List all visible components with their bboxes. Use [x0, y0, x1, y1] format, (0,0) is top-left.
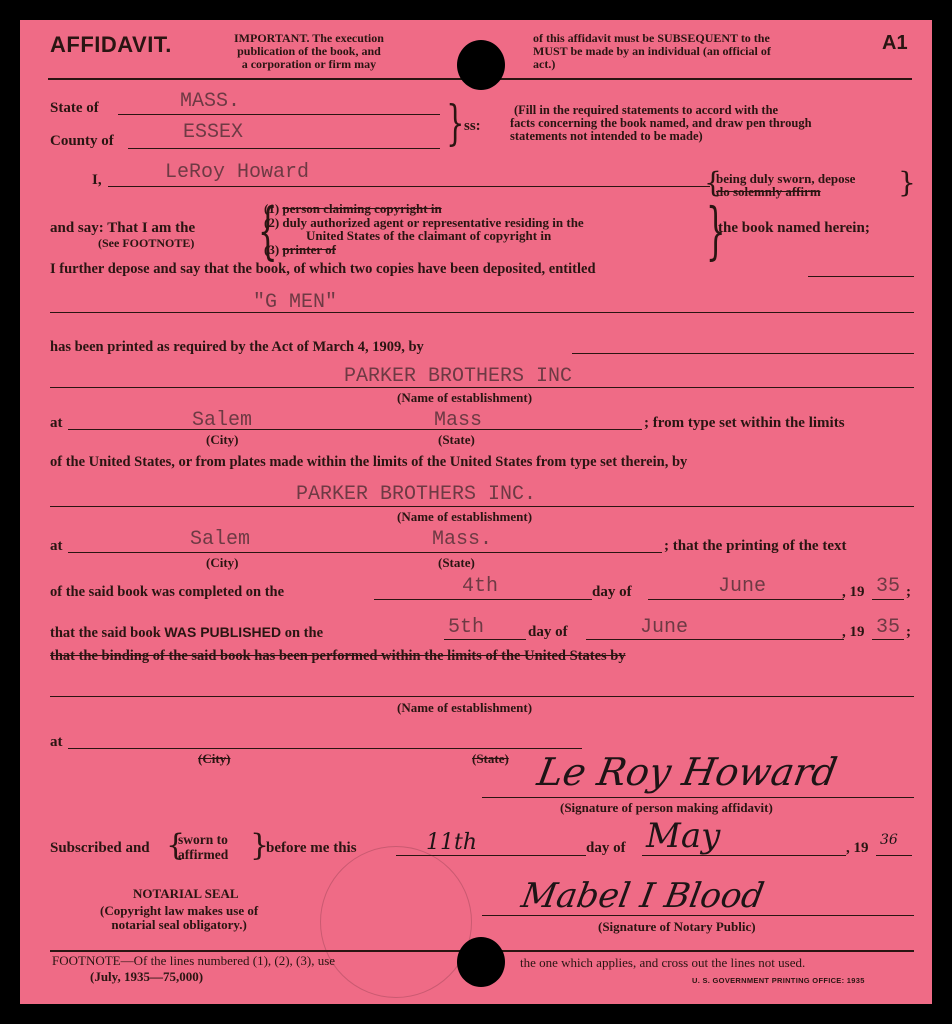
publication-year-prefix: , 19 [842, 624, 865, 641]
printer-location-line [68, 429, 642, 430]
printing-lead: has been printed as required by the Act … [50, 339, 424, 356]
form-code: A1 [882, 32, 908, 55]
notary-signature-caption: (Signature of Notary Public) [598, 919, 756, 935]
printer-establishment-caption: (Name of establishment) [397, 390, 532, 406]
printing-lead-line [572, 353, 914, 354]
capacity-options: (1) person claiming copyright in (2) dul… [264, 202, 584, 256]
printer-imprint: U. S. GOVERNMENT PRINTING OFFICE: 1935 [692, 976, 865, 985]
binding-location-line [68, 748, 582, 749]
completion-day-field[interactable]: 4th [462, 575, 498, 598]
capacity-tail: the book named herein; [718, 220, 870, 237]
affiant-signature-caption: (Signature of person making affidavit) [560, 800, 773, 816]
notary-oath-options: { sworn to affirmed } [172, 832, 228, 862]
publication-day-of: day of [528, 624, 568, 641]
punch-hole-top [457, 40, 505, 90]
completion-month-field[interactable]: June [718, 575, 766, 598]
plates-establishment-line [50, 506, 914, 507]
publication-year-field[interactable]: 35 [876, 616, 900, 639]
binding-lead: that the binding of the said book has be… [50, 648, 626, 665]
book-title-line [50, 312, 914, 313]
completion-year-prefix: , 19 [842, 584, 865, 601]
county-field[interactable]: ESSEX [183, 121, 243, 144]
plates-establishment-field[interactable]: PARKER BROTHERS INC. [296, 483, 536, 506]
publication-day-line [444, 639, 526, 640]
printing-continuation: of the United States, or from plates mad… [50, 454, 687, 471]
printer-city-caption: (City) [206, 432, 239, 448]
deponent-name-field[interactable]: LeRoy Howard [165, 161, 309, 184]
completion-day-line [374, 599, 592, 600]
form-title: AFFIDAVIT. [50, 32, 172, 58]
notarial-seal-title: NOTARIAL SEAL [133, 886, 239, 902]
notary-signature-line [482, 915, 914, 916]
deponent-line [108, 186, 710, 187]
book-lead-line [808, 276, 914, 277]
state-line [118, 114, 440, 115]
printer-state-field[interactable]: Mass [434, 409, 482, 432]
venue-brace: } [446, 98, 464, 148]
printer-state-caption: (State) [438, 432, 475, 448]
footnote-left: FOOTNOTE—Of the lines numbered (1), (2),… [52, 953, 335, 969]
notary-lead: Subscribed and [50, 840, 150, 857]
completion-day-of: day of [592, 584, 632, 601]
capacity-option-3[interactable]: (3) printer of [264, 243, 584, 257]
notary-month-field[interactable]: May [646, 816, 720, 856]
oath-options: { being duly sworn, depose do solemnly a… [710, 172, 855, 198]
binding-city-caption: (City) [198, 751, 231, 767]
notary-year-prefix: , 19 [846, 840, 869, 857]
completion-year-line [872, 599, 904, 600]
book-title-field[interactable]: "G MEN" [253, 291, 337, 314]
footnote-right: the one which applies, and cross out the… [520, 955, 805, 971]
notary-year-field[interactable]: 36 [880, 832, 898, 848]
ss-label: ss: [464, 118, 481, 135]
affiant-signature-line [482, 797, 914, 798]
book-lead: I further depose and say that the book, … [50, 261, 596, 278]
capacity-lead: and say: That I am the [50, 220, 195, 237]
plates-location-line [68, 552, 662, 553]
county-line [128, 148, 440, 149]
important-notice-left: IMPORTANT. The execution publication of … [234, 32, 384, 71]
completion-lead: of the said book was completed on the [50, 584, 284, 601]
important-notice-right: of this affidavit must be SUBSEQUENT to … [533, 32, 771, 71]
state-label: State of [50, 100, 99, 117]
capacity-option-1[interactable]: (1) person claiming copyright in [264, 202, 584, 216]
fill-instructions: (Fill in the required statements to acco… [510, 104, 812, 143]
binding-establishment-line [50, 696, 914, 697]
printer-at-label: at [50, 415, 63, 432]
plates-state-field[interactable]: Mass. [432, 528, 492, 551]
plates-state-caption: (State) [438, 555, 475, 571]
plates-at-label: at [50, 538, 63, 555]
printer-establishment-field[interactable]: PARKER BROTHERS INC [344, 365, 572, 388]
plates-tail: ; that the printing of the text [664, 538, 846, 555]
printer-tail: ; from type set within the limits [644, 415, 845, 432]
publication-month-field[interactable]: June [640, 616, 688, 639]
binding-at-label: at [50, 734, 63, 751]
publication-day-field[interactable]: 5th [448, 616, 484, 639]
notarial-seal-note: (Copyright law makes use of notarial sea… [100, 904, 258, 932]
punch-hole-bottom [457, 937, 505, 987]
plates-city-field[interactable]: Salem [190, 528, 250, 551]
binding-establishment-caption: (Name of establishment) [397, 700, 532, 716]
notary-day-field[interactable]: 11th [426, 830, 477, 855]
notary-signature: Mabel I Blood [518, 876, 767, 916]
oath-affirm: do solemnly affirm [710, 185, 855, 198]
county-label: County of [50, 133, 114, 150]
edition-note: (July, 1935—75,000) [90, 969, 203, 985]
notary-before: before me this [266, 840, 357, 857]
notary-year-line [876, 855, 912, 856]
state-field[interactable]: MASS. [180, 90, 240, 113]
capacity-option-2[interactable]: (2) duly authorized agent or representat… [264, 216, 584, 230]
publication-lead: that the said book WAS PUBLISHED on the [50, 624, 323, 642]
see-footnote: (See FOOTNOTE) [98, 236, 194, 251]
completion-month-line [648, 599, 844, 600]
notary-day-of: day of [586, 840, 626, 857]
affiant-signature: Le Roy Howard [534, 750, 840, 794]
deponent-prefix: I, [92, 172, 102, 189]
completion-year-field[interactable]: 35 [876, 575, 900, 598]
publication-month-line [586, 639, 844, 640]
notarial-seal-impression [320, 846, 472, 998]
affidavit-form: AFFIDAVIT. IMPORTANT. The execution publ… [20, 20, 932, 1004]
plates-city-caption: (City) [206, 555, 239, 571]
printer-establishment-line [50, 387, 914, 388]
plates-establishment-caption: (Name of establishment) [397, 509, 532, 525]
publication-year-line [872, 639, 904, 640]
binding-state-caption: (State) [472, 751, 509, 767]
printer-city-field[interactable]: Salem [192, 409, 252, 432]
